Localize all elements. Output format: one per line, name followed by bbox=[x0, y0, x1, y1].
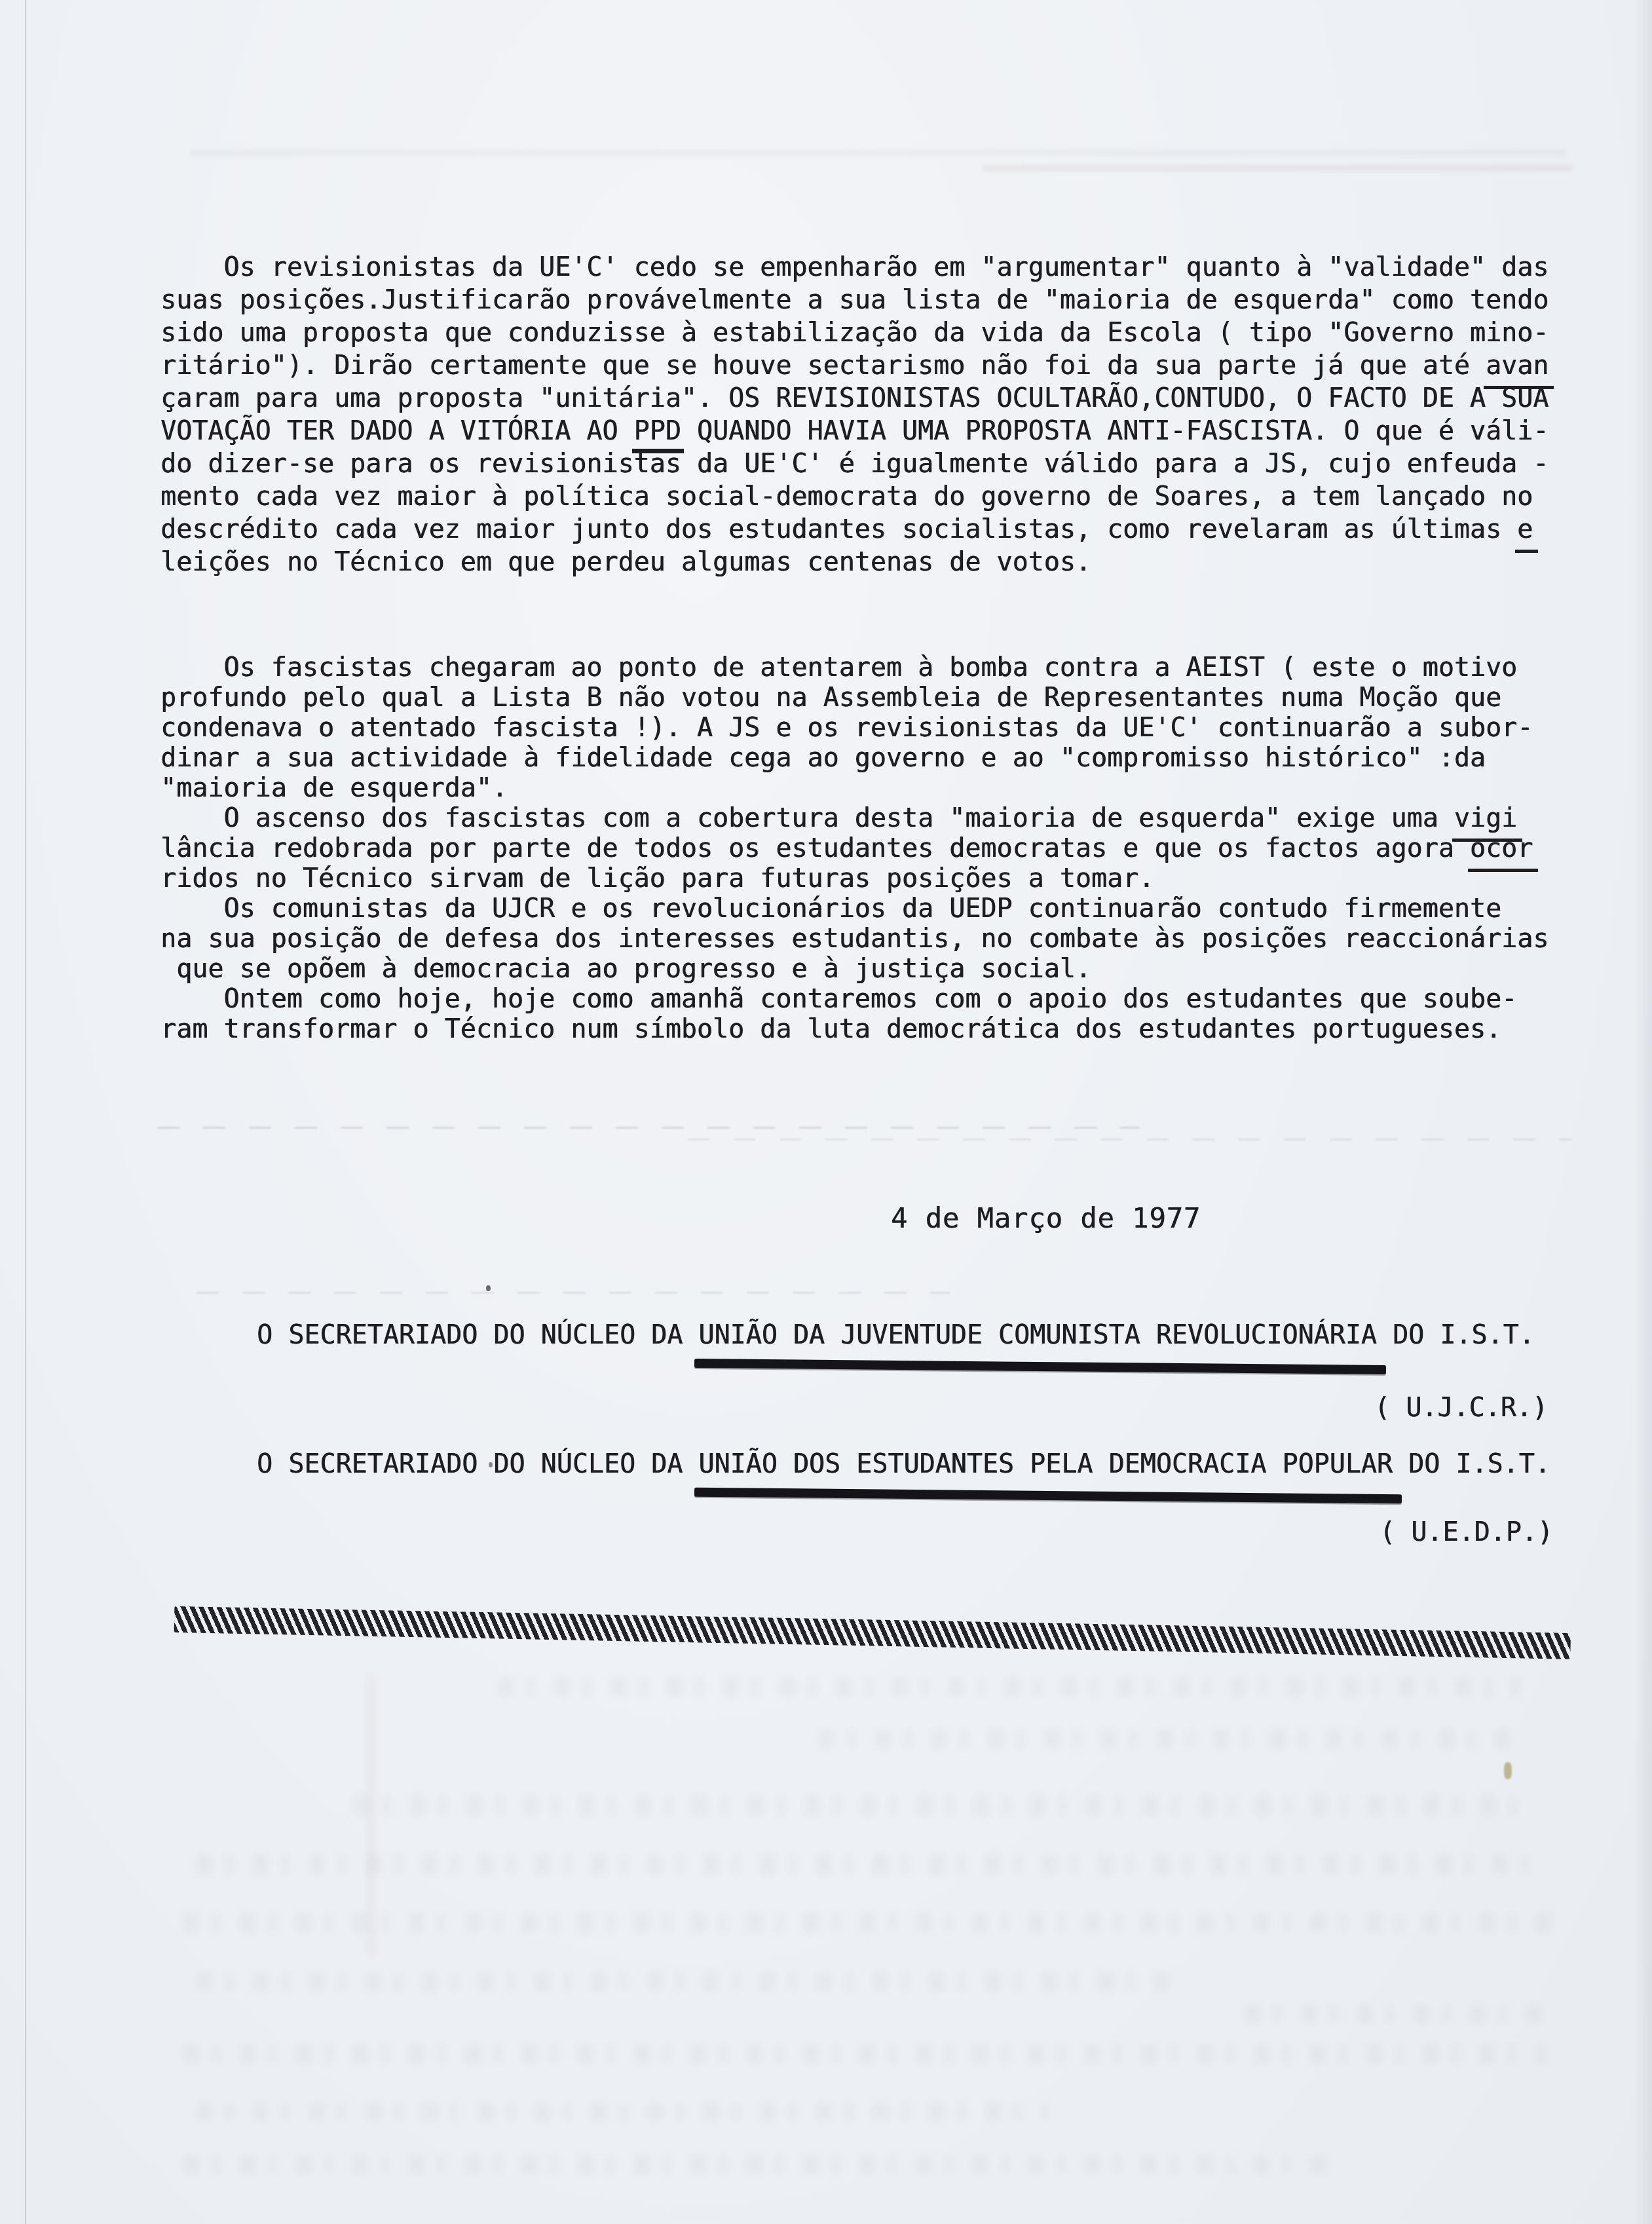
doc-line: descrédito cada vez maior junto dos estu… bbox=[160, 513, 1602, 546]
doc-line: çaram para uma proposta "unitária". OS R… bbox=[160, 382, 1602, 415]
doc-text: na sua posição de defesa dos interesses … bbox=[160, 924, 1549, 954]
doc-text: lância redobrada por parte de todos os e… bbox=[160, 833, 1470, 863]
doc-line: VOTAÇÃO TER DADO A VITÓRIA AO PPD QUANDO… bbox=[160, 415, 1602, 447]
doc-text: ritário"). Dirão certamente que se houve… bbox=[160, 350, 1486, 381]
doc-text: Os fascistas chegaram ao ponto de atenta… bbox=[160, 652, 1517, 683]
doc-line: O ascenso dos fascistas com a cobertura … bbox=[160, 803, 1602, 833]
signature-org-underlined: UNIÃO DOS ESTUDANTES PELA DEMOCRACIA POP… bbox=[698, 1449, 1393, 1479]
bleed-through-artifact bbox=[197, 1854, 1539, 1875]
date-line: 4 de Março de 1977 bbox=[891, 1202, 1201, 1234]
doc-line: leições no Técnico em que perdeu algumas… bbox=[160, 546, 1602, 578]
doc-text: profundo pelo qual a Lista B não votou n… bbox=[160, 683, 1501, 713]
doc-line: na sua posição de defesa dos interesses … bbox=[160, 924, 1602, 954]
doc-line: "maioria de esquerda". bbox=[160, 773, 1602, 803]
scanned-document-page: Os revisionistas da UE'C' cedo se empenh… bbox=[0, 0, 1652, 2224]
bleed-through-artifact bbox=[197, 2103, 1048, 2121]
doc-text: QUANDO HAVIA UMA PROPOSTA ANTI-FASCISTA.… bbox=[681, 416, 1549, 446]
signature-uedp: O SECRETARIADO DO NÚCLEO DA UNIÃO DOS ES… bbox=[257, 1449, 1606, 1479]
document-body: Os revisionistas da UE'C' cedo se empenh… bbox=[160, 251, 1602, 1044]
continuation-underline-text: avan bbox=[1486, 350, 1549, 381]
bleed-through-artifact bbox=[367, 1674, 376, 1956]
doc-line: Ontem como hoje, hoje como amanhã contar… bbox=[160, 984, 1602, 1014]
doc-line: condenava o atentado fascista !). A JS e… bbox=[160, 713, 1602, 743]
bleed-through-artifact bbox=[498, 1677, 1520, 1697]
signature-ujcr: O SECRETARIADO DO NÚCLEO DA UNIÃO DA JUV… bbox=[257, 1320, 1606, 1350]
doc-text: suas posições.Justificarão provávelmente… bbox=[160, 285, 1549, 315]
signature-pre: O SECRETARIADO DO NÚCLEO DA bbox=[257, 1449, 698, 1479]
scratch-artifact bbox=[157, 1127, 1140, 1129]
continuation-underline-text: ocor bbox=[1470, 833, 1533, 863]
doc-text: dinar a sua actividade à fidelidade cega… bbox=[160, 743, 1486, 773]
scratch-artifact bbox=[688, 1139, 1572, 1140]
doc-line: Os comunistas da UJCR e os revolucionári… bbox=[160, 894, 1602, 924]
doc-line: que se opõem à democracia ao progresso e… bbox=[160, 954, 1602, 984]
doc-line: Os fascistas chegaram ao ponto de atenta… bbox=[160, 652, 1602, 683]
bleed-through-artifact bbox=[354, 1795, 1533, 1816]
scratch-artifact bbox=[197, 1292, 950, 1294]
bleed-through-artifact bbox=[1245, 2005, 1546, 2023]
paragraph-5: Ontem como hoje, hoje como amanhã contar… bbox=[160, 984, 1602, 1044]
paragraph-4: Os comunistas da UJCR e os revolucionári… bbox=[160, 894, 1602, 984]
paragraph-1: Os revisionistas da UE'C' cedo se empenh… bbox=[160, 251, 1602, 578]
doc-line: profundo pelo qual a Lista B não votou n… bbox=[160, 683, 1602, 713]
doc-text: leições no Técnico em que perdeu algumas… bbox=[160, 547, 1091, 577]
doc-line: ridos no Técnico sirvam de lição para fu… bbox=[160, 863, 1602, 894]
doc-line: suas posições.Justificarão provávelmente… bbox=[160, 284, 1602, 316]
smudge-artifact bbox=[190, 149, 1566, 156]
doc-line: sido uma proposta que conduzisse à estab… bbox=[160, 316, 1602, 349]
signature-post: DO I.S.T. bbox=[1377, 1320, 1535, 1350]
doc-line: mento cada vez maior à política social-d… bbox=[160, 480, 1602, 513]
paragraph-3: O ascenso dos fascistas com a cobertura … bbox=[160, 803, 1602, 894]
continuation-underline-text: PPD bbox=[633, 416, 681, 446]
ink-speck bbox=[486, 1285, 491, 1291]
signature-abbr-uedp: ( U.E.D.P.) bbox=[1380, 1517, 1553, 1547]
scan-edge-shade bbox=[1634, 0, 1652, 2224]
continuation-underline-text: e bbox=[1517, 514, 1533, 544]
scan-edge-line bbox=[25, 0, 26, 2224]
hatched-divider bbox=[174, 1606, 1571, 1659]
signature-post: DO I.S.T. bbox=[1393, 1449, 1550, 1479]
continuation-underline-text: vigi bbox=[1454, 803, 1517, 833]
doc-text: O ascenso dos fascistas com a cobertura … bbox=[160, 803, 1454, 833]
doc-text: ram transformar o Técnico num símbolo da… bbox=[160, 1014, 1501, 1044]
doc-line: dinar a sua actividade à fidelidade cega… bbox=[160, 743, 1602, 773]
doc-text: "maioria de esquerda". bbox=[160, 773, 508, 803]
doc-text: sido uma proposta que conduzisse à estab… bbox=[160, 318, 1549, 348]
doc-text: Os revisionistas da UE'C' cedo se empenh… bbox=[160, 252, 1549, 282]
doc-text: ridos no Técnico sirvam de lição para fu… bbox=[160, 863, 1154, 894]
signature-abbr-ujcr: ( U.J.C.R.) bbox=[1374, 1393, 1548, 1423]
signature-pre: O SECRETARIADO DO NÚCLEO DA bbox=[257, 1320, 698, 1350]
doc-text: Ontem como hoje, hoje como amanhã contar… bbox=[160, 984, 1517, 1014]
doc-line: do dizer-se para os revisionistas da UE'… bbox=[160, 447, 1602, 480]
doc-line: ritário"). Dirão certamente que se houve… bbox=[160, 349, 1602, 382]
paper-speck bbox=[1504, 1762, 1512, 1779]
paragraph-2: Os fascistas chegaram ao ponto de atenta… bbox=[160, 652, 1602, 803]
smudge-artifact bbox=[983, 165, 1572, 171]
doc-text: descrédito cada vez maior junto dos estu… bbox=[160, 514, 1517, 544]
doc-line: Os revisionistas da UE'C' cedo se empenh… bbox=[160, 251, 1602, 284]
bleed-through-artifact bbox=[183, 1913, 1559, 1932]
doc-line: ram transformar o Técnico num símbolo da… bbox=[160, 1014, 1602, 1044]
doc-text: mento cada vez maior à política social-d… bbox=[160, 481, 1533, 512]
doc-text: condenava o atentado fascista !). A JS e… bbox=[160, 713, 1533, 743]
doc-line: lância redobrada por parte de todos os e… bbox=[160, 833, 1602, 863]
doc-text: VOTAÇÃO TER DADO A VITÓRIA AO bbox=[160, 416, 633, 446]
bleed-through-artifact bbox=[183, 2044, 1546, 2064]
doc-text: que se opõem à democracia ao progresso e… bbox=[160, 954, 1091, 984]
bleed-through-artifact bbox=[819, 1729, 1513, 1749]
doc-text: çaram para uma proposta "unitária". OS R… bbox=[160, 383, 1549, 413]
signature-org-underlined: UNIÃO DA JUVENTUDE COMUNISTA REVOLUCIONÁ… bbox=[698, 1320, 1377, 1350]
bleed-through-artifact bbox=[197, 1972, 1179, 1991]
bleed-through-artifact bbox=[183, 2155, 1330, 2174]
doc-text: Os comunistas da UJCR e os revolucionári… bbox=[160, 894, 1501, 924]
doc-text: do dizer-se para os revisionistas da UE'… bbox=[160, 449, 1549, 479]
